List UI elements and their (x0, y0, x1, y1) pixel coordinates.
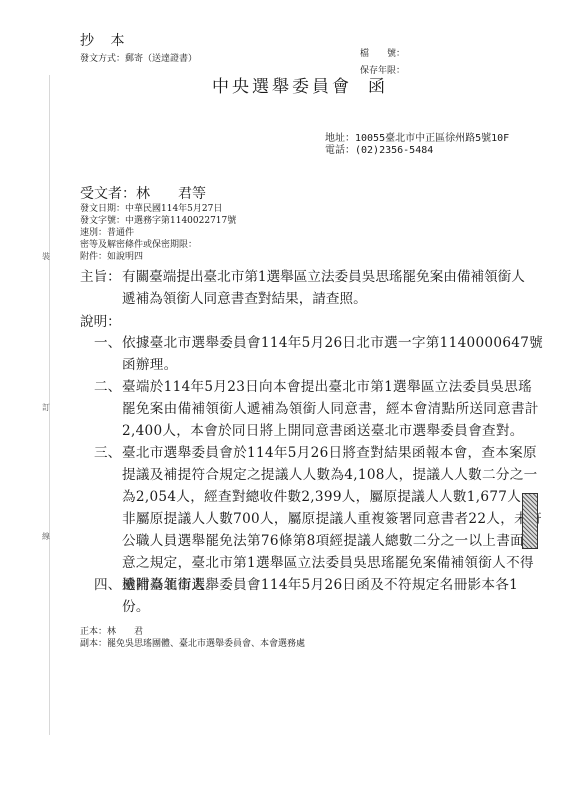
subject-label: 主旨： (80, 266, 121, 288)
margin-mark-staple: 訂 (42, 402, 50, 413)
seal-stamp (522, 493, 538, 549)
org-name: 中央選舉委員會 (212, 77, 352, 97)
doc-type: 函 (368, 77, 388, 97)
file-number-label: 檔 號： (360, 46, 405, 59)
item-number: 四、 (94, 574, 121, 596)
phone: 電話：(02)2356-5484 (325, 145, 509, 157)
copy-recipients: 副本：罷免吳思瑤團體、臺北市選舉委員會、本會選務處 (80, 636, 305, 649)
item-number: 三、 (94, 442, 121, 464)
contact-block: 地址：10055臺北市中正區徐州路5號10F 電話：(02)2356-5484 (325, 133, 509, 157)
address: 地址：10055臺北市中正區徐州路5號10F (325, 133, 509, 145)
copy-label: 抄 本 (80, 30, 130, 50)
item-text: 依據臺北市選舉委員會114年5月26日北市選一字第1140000647號函辦理。 (122, 332, 544, 376)
margin-mark-bind: 裝 (42, 251, 50, 262)
item-text: 臺北市選舉委員會於114年5月26日將查對結果函報本會，查本案原提議及補提符合規… (122, 442, 544, 596)
explanation-label: 說明： (80, 310, 121, 330)
send-method: 發文方式：郵寄（送達證書） (80, 51, 197, 64)
item-number: 一、 (94, 332, 121, 354)
item-number: 二、 (94, 376, 121, 398)
document-title: 中央選舉委員會函 (212, 72, 388, 97)
item-text: 臺端於114年5月23日向本會提出臺北市第1選舉區立法委員吳思瑤罷免案由備補領銜… (122, 376, 544, 442)
recipient: 受文者：林 君等 (80, 183, 206, 203)
attachment: 附件：如說明四 (80, 249, 143, 262)
margin-mark-line: 線 (42, 531, 50, 542)
subject-text: 有關臺端提出臺北市第1選舉區立法委員吳思瑤罷免案由備補領銜人遞補為領銜人同意書查… (122, 266, 532, 310)
item-text: 檢附臺北市選舉委員會114年5月26日函及不符規定名冊影本各1份。 (122, 574, 544, 618)
